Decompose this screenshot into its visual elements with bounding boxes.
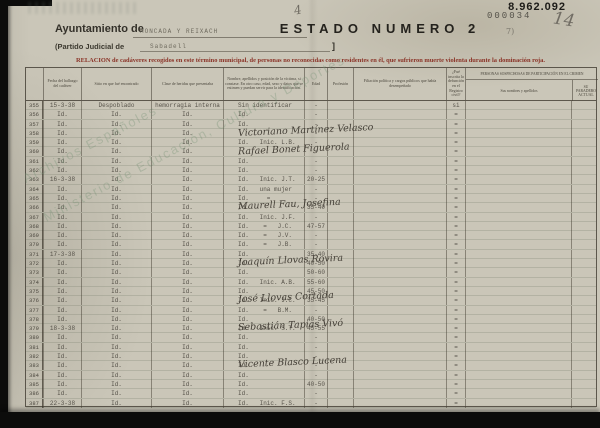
cell-sospechosas-nombres <box>465 138 571 147</box>
cell-profesion <box>327 194 353 203</box>
cell-nombre: Id. <box>223 361 304 370</box>
cell-row-number: 357 <box>26 120 43 129</box>
cell-clase-heridas: Id. <box>151 194 223 203</box>
cell-registro-civil: = <box>446 259 465 268</box>
table-row: 372Id.Id.Id.Id.40-50= <box>26 259 596 268</box>
cell-fecha: Id. <box>43 352 81 361</box>
cell-fecha: Id. <box>43 110 81 119</box>
cell-filiacion <box>353 380 446 389</box>
cell-paradero <box>571 101 598 110</box>
cell-row-number: 381 <box>26 343 43 352</box>
cell-paradero <box>571 231 598 240</box>
cell-row-number: 377 <box>26 306 43 315</box>
cell-fecha: Id. <box>43 343 81 352</box>
cell-row-number: 386 <box>26 389 43 398</box>
cell-sospechosas-nombres <box>465 361 571 370</box>
cell-paradero <box>571 157 598 166</box>
cell-registro-civil: = <box>446 324 465 333</box>
cell-nombre: Id. <box>223 343 304 352</box>
cell-profesion <box>327 250 353 259</box>
cell-edad: - <box>304 361 327 370</box>
cell-edad: - <box>304 194 327 203</box>
cell-registro-civil: = <box>446 222 465 231</box>
cell-fecha: Id. <box>43 333 81 342</box>
cell-sospechosas-nombres <box>465 147 571 156</box>
cell-nombre: Id. <box>223 287 304 296</box>
cell-sitio: Id. <box>81 343 151 352</box>
cell-clase-heridas: Id. <box>151 185 223 194</box>
cell-profesion <box>327 101 353 110</box>
table-row: 374Id.Id.Id.Id. Inic. A.B.55-60= <box>26 278 596 287</box>
cell-profesion <box>327 371 353 380</box>
cell-paradero <box>571 287 598 296</box>
cell-filiacion <box>353 371 446 380</box>
cell-nombre: Id. = <box>223 194 304 203</box>
cell-registro-civil: = <box>446 287 465 296</box>
cell-sospechosas-nombres <box>465 389 571 398</box>
cell-paradero <box>571 110 598 119</box>
cell-paradero <box>571 120 598 129</box>
cell-sitio: Id. <box>81 250 151 259</box>
cell-nombre: Id. = B.M. <box>223 306 304 315</box>
cell-edad: - <box>304 231 327 240</box>
cell-filiacion <box>353 352 446 361</box>
cell-registro-civil: = <box>446 203 465 212</box>
cell-filiacion <box>353 240 446 249</box>
cell-sospechosas-nombres <box>465 110 571 119</box>
cell-row-number: 355 <box>26 101 43 110</box>
cell-sitio: Id. <box>81 315 151 324</box>
table-row: 386Id.Id.Id.Id.-= <box>26 389 596 398</box>
cell-filiacion <box>353 333 446 342</box>
cell-edad: 55-60 <box>304 278 327 287</box>
cell-sitio: Id. <box>81 287 151 296</box>
cell-filiacion <box>353 213 446 222</box>
cell-sitio: Id. <box>81 296 151 305</box>
cell-filiacion <box>353 101 446 110</box>
cell-edad: - <box>304 166 327 175</box>
cell-clase-heridas: Id. <box>151 296 223 305</box>
column-group-sospechosas: PERSONAS SOSPECHOSAS DE PARTICIPACIÓN EN… <box>465 68 598 100</box>
cell-paradero <box>571 371 598 380</box>
cell-profesion <box>327 110 353 119</box>
table-row: 383Id.Id.Id.Id.-= <box>26 361 596 370</box>
cell-filiacion <box>353 278 446 287</box>
cell-paradero <box>571 213 598 222</box>
pencil-mark-right: 7) <box>506 27 514 36</box>
cell-sospechosas-nombres <box>465 240 571 249</box>
column-header-fecha: Fecha del hallazgo del cadáver <box>43 68 81 100</box>
cell-sitio: Id. <box>81 268 151 277</box>
cell-nombre: Id. <box>223 157 304 166</box>
cell-row-number: 374 <box>26 278 43 287</box>
cell-row-number: 370 <box>26 240 43 249</box>
cell-sospechosas-nombres <box>465 324 571 333</box>
cell-sospechosas-nombres <box>465 259 571 268</box>
cell-nombre: Id. <box>223 333 304 342</box>
cell-edad: - <box>304 371 327 380</box>
table-row: 37117-3-38Id.Id.Id.35-40= <box>26 250 596 259</box>
cell-fecha: Id. <box>43 296 81 305</box>
cell-profesion <box>327 185 353 194</box>
cell-sitio: Id. <box>81 361 151 370</box>
cell-nombre: Id. Inic. J.C. <box>223 296 304 305</box>
cell-clase-heridas: Id. <box>151 231 223 240</box>
cell-registro-civil: = <box>446 296 465 305</box>
cell-edad: 35-40 <box>304 250 327 259</box>
cell-fecha: Id. <box>43 287 81 296</box>
cell-paradero <box>571 250 598 259</box>
cell-profesion <box>327 166 353 175</box>
cell-sitio: Id. <box>81 306 151 315</box>
cell-paradero <box>571 352 598 361</box>
cell-row-number: 379 <box>26 324 43 333</box>
cell-paradero <box>571 324 598 333</box>
cell-registro-civil: = <box>446 175 465 184</box>
cell-edad: - <box>304 240 327 249</box>
column-header-number <box>26 68 43 100</box>
cell-filiacion <box>353 222 446 231</box>
table-row: 369Id.Id.Id.Id. = J.V.-= <box>26 231 596 240</box>
table-row: 376Id.Id.Id.Id. Inic. J.C.35-45= <box>26 296 596 305</box>
cell-sospechosas-nombres <box>465 175 571 184</box>
cell-filiacion <box>353 138 446 147</box>
cell-clase-heridas: Id. <box>151 361 223 370</box>
cell-row-number: 373 <box>26 268 43 277</box>
column-header-sospechosas-paradero: SU PARADERO ACTUAL <box>572 80 599 101</box>
cell-fecha: Id. <box>43 278 81 287</box>
cell-registro-civil: = <box>446 250 465 259</box>
cell-edad: - <box>304 389 327 398</box>
cell-sitio: Id. <box>81 240 151 249</box>
cell-fecha: Id. <box>43 259 81 268</box>
cell-filiacion <box>353 166 446 175</box>
cell-sospechosas-nombres <box>465 287 571 296</box>
cell-sospechosas-nombres <box>465 399 571 408</box>
cell-paradero <box>571 389 598 398</box>
cell-nombre <box>223 147 304 156</box>
cell-edad: - <box>304 120 327 129</box>
cell-registro-civil: = <box>446 213 465 222</box>
cell-clase-heridas: Id. <box>151 259 223 268</box>
cell-row-number: 372 <box>26 259 43 268</box>
table-row: 380Id.Id.Id.Id.-= <box>26 333 596 342</box>
municipality-label: Ayuntamiento de <box>55 23 144 35</box>
cell-profesion <box>327 352 353 361</box>
cell-sospechosas-nombres <box>465 166 571 175</box>
cell-filiacion <box>353 315 446 324</box>
column-header-sospechosas-nombres: Sus nombres y apellidos <box>466 80 572 101</box>
cell-sospechosas-nombres <box>465 120 571 129</box>
cell-edad: - <box>304 213 327 222</box>
cell-sospechosas-nombres <box>465 352 571 361</box>
cell-paradero <box>571 185 598 194</box>
cell-sospechosas-nombres <box>465 315 571 324</box>
cell-registro-civil: = <box>446 389 465 398</box>
cell-nombre: Id. = J.V. <box>223 231 304 240</box>
cell-nombre: Id. <box>223 371 304 380</box>
cell-fecha: Id. <box>43 306 81 315</box>
cell-registro-civil: = <box>446 129 465 138</box>
cell-row-number: 385 <box>26 380 43 389</box>
cell-registro-civil: = <box>446 380 465 389</box>
cell-filiacion <box>353 389 446 398</box>
cell-registro-civil: = <box>446 157 465 166</box>
cell-clase-heridas: Id. <box>151 213 223 222</box>
cell-nombre: Id. Inic. A.B. <box>223 278 304 287</box>
cell-profesion <box>327 129 353 138</box>
cell-fecha: Id. <box>43 389 81 398</box>
cell-profesion <box>327 389 353 398</box>
archive-stamp-number: 000034 <box>487 11 531 21</box>
cell-paradero <box>571 343 598 352</box>
cell-paradero <box>571 222 598 231</box>
cell-row-number: 382 <box>26 352 43 361</box>
cell-registro-civil: = <box>446 147 465 156</box>
cell-registro-civil: = <box>446 361 465 370</box>
cell-sitio: Id. <box>81 231 151 240</box>
table-row: 368Id.Id.Id.Id. = J.C.47-57= <box>26 222 596 231</box>
cell-edad: 45-55 <box>304 324 327 333</box>
municipality-value: MONCADA Y REIXACH <box>140 28 218 35</box>
cell-nombre: Id. = J.C. <box>223 222 304 231</box>
cell-clase-heridas: Id. <box>151 389 223 398</box>
column-header-sospechosas: PERSONAS SOSPECHOSAS DE PARTICIPACIÓN EN… <box>466 68 598 80</box>
cell-sitio: Id. <box>81 399 151 408</box>
cell-registro-civil: = <box>446 194 465 203</box>
cell-sospechosas-nombres <box>465 278 571 287</box>
scan-edge-left <box>0 0 8 428</box>
cell-edad: 45-50 <box>304 287 327 296</box>
cell-filiacion <box>353 157 446 166</box>
cell-sospechosas-nombres <box>465 343 571 352</box>
cell-paradero <box>571 333 598 342</box>
cell-fecha: Id. <box>43 240 81 249</box>
cell-registro-civil: = <box>446 138 465 147</box>
column-header-registro-civil: ¿Fué inscrita la defunción en el Registr… <box>446 68 465 100</box>
cell-sospechosas-nombres <box>465 268 571 277</box>
cell-profesion <box>327 296 353 305</box>
cell-fecha: 22-3-38 <box>43 399 81 408</box>
scanned-document-estado-numero-2: 8.962.092 000034 14 4 7) Ayuntamiento de… <box>0 0 600 428</box>
cell-fecha: Id. <box>43 315 81 324</box>
cell-profesion <box>327 120 353 129</box>
cell-nombre: Id. <box>223 389 304 398</box>
cell-registro-civil: = <box>446 268 465 277</box>
table-row: 378Id.Id.Id.Id.40-50= <box>26 315 596 324</box>
cell-paradero <box>571 259 598 268</box>
cell-clase-heridas: Id. <box>151 278 223 287</box>
table-row: 373Id.Id.Id.Id.50-60= <box>26 268 596 277</box>
cell-row-number: 387 <box>26 399 43 408</box>
cell-sospechosas-nombres <box>465 371 571 380</box>
cell-registro-civil: = <box>446 306 465 315</box>
cell-paradero <box>571 315 598 324</box>
cell-filiacion <box>353 175 446 184</box>
cell-sitio: Id. <box>81 333 151 342</box>
cell-sitio: Id. <box>81 352 151 361</box>
cell-profesion <box>327 278 353 287</box>
cell-fecha: Id. <box>43 361 81 370</box>
cell-filiacion <box>353 185 446 194</box>
cell-filiacion <box>353 306 446 315</box>
cell-clase-heridas: Id. <box>151 399 223 408</box>
cell-edad: - <box>304 333 327 342</box>
cell-paradero <box>571 129 598 138</box>
cell-sospechosas-nombres <box>465 157 571 166</box>
cell-row-number: 367 <box>26 213 43 222</box>
cell-filiacion <box>353 203 446 212</box>
cell-profesion <box>327 259 353 268</box>
cell-row-number: 378 <box>26 315 43 324</box>
cell-registro-civil: = <box>446 343 465 352</box>
cell-paradero <box>571 147 598 156</box>
cell-sitio: Id. <box>81 324 151 333</box>
cell-fecha: Id. <box>43 380 81 389</box>
cell-filiacion <box>353 120 446 129</box>
table-row: 37918-3-38Id.Id.Id. Inic. S.T.45-55= <box>26 324 596 333</box>
cell-nombre: Id. <box>223 259 304 268</box>
cell-sospechosas-nombres <box>465 250 571 259</box>
cell-profesion <box>327 203 353 212</box>
cell-clase-heridas: Id. <box>151 203 223 212</box>
cell-paradero <box>571 278 598 287</box>
cell-fecha: Id. <box>43 371 81 380</box>
cell-fecha: 17-3-38 <box>43 250 81 259</box>
cell-edad: - <box>304 157 327 166</box>
cell-filiacion <box>353 287 446 296</box>
table-row: 382Id.Id.Id.Id.-= <box>26 352 596 361</box>
cell-profesion <box>327 333 353 342</box>
cell-registro-civil: = <box>446 371 465 380</box>
cell-clase-heridas: Id. <box>151 287 223 296</box>
cell-sospechosas-nombres <box>465 185 571 194</box>
cell-sospechosas-nombres <box>465 222 571 231</box>
cell-filiacion <box>353 324 446 333</box>
cell-filiacion <box>353 343 446 352</box>
cell-clase-heridas: Id. <box>151 333 223 342</box>
cell-edad: - <box>304 138 327 147</box>
cell-sospechosas-nombres <box>465 380 571 389</box>
cell-edad: 40-50 <box>304 315 327 324</box>
table-row: 384Id.Id.Id.Id.-= <box>26 371 596 380</box>
cell-filiacion <box>353 399 446 408</box>
cell-sitio: Id. <box>81 389 151 398</box>
cell-registro-civil: = <box>446 110 465 119</box>
cell-profesion <box>327 268 353 277</box>
cell-filiacion <box>353 361 446 370</box>
cell-clase-heridas: Id. <box>151 306 223 315</box>
cell-edad: - <box>304 110 327 119</box>
cell-paradero <box>571 203 598 212</box>
cell-edad: 35-40 <box>304 203 327 212</box>
scan-edge-bottom <box>0 412 600 428</box>
cell-fecha: 18-3-38 <box>43 324 81 333</box>
cell-paradero <box>571 240 598 249</box>
cell-row-number: 375 <box>26 287 43 296</box>
cell-edad: - <box>304 306 327 315</box>
cell-sitio: Id. <box>81 222 151 231</box>
cell-paradero <box>571 175 598 184</box>
cell-edad: 50-60 <box>304 268 327 277</box>
cell-paradero <box>571 380 598 389</box>
cell-nombre: Id. <box>223 380 304 389</box>
cell-nombre: Id. Inic. J.T. <box>223 175 304 184</box>
cell-profesion <box>327 287 353 296</box>
cell-paradero <box>571 296 598 305</box>
cell-filiacion <box>353 129 446 138</box>
table-row: 375Id.Id.Id.Id.45-50= <box>26 287 596 296</box>
cell-nombre: Id. <box>223 315 304 324</box>
cell-row-number: 376 <box>26 296 43 305</box>
cell-profesion <box>327 175 353 184</box>
cell-sitio: Id. <box>81 278 151 287</box>
cell-filiacion <box>353 231 446 240</box>
cell-profesion <box>327 315 353 324</box>
cell-clase-heridas: Id. <box>151 343 223 352</box>
cell-paradero <box>571 166 598 175</box>
cell-nombre: Id. = J.B. <box>223 240 304 249</box>
cell-profesion <box>327 157 353 166</box>
cell-clase-heridas: Id. <box>151 250 223 259</box>
cell-clase-heridas: Id. <box>151 222 223 231</box>
cell-edad: 40-50 <box>304 380 327 389</box>
table-row: 377Id.Id.Id.Id. = B.M.-= <box>26 306 596 315</box>
cell-fecha: 15-3-38 <box>43 101 81 110</box>
cell-sospechosas-nombres <box>465 296 571 305</box>
cell-nombre: Id. <box>223 268 304 277</box>
cell-paradero <box>571 361 598 370</box>
cell-row-number: 368 <box>26 222 43 231</box>
cell-sospechosas-nombres <box>465 194 571 203</box>
cell-registro-civil: = <box>446 240 465 249</box>
cell-registro-civil: = <box>446 120 465 129</box>
cell-registro-civil: = <box>446 315 465 324</box>
cell-clase-heridas: Id. <box>151 352 223 361</box>
cell-paradero <box>571 138 598 147</box>
cell-nombre: Id. Inic. F.S. <box>223 399 304 408</box>
table-row: 381Id.Id.Id.Id.-= <box>26 343 596 352</box>
cell-sospechosas-nombres <box>465 213 571 222</box>
ink-bleed-through-mark <box>28 2 138 14</box>
cell-edad: 35-45 <box>304 296 327 305</box>
cell-nombre: Id. <box>223 203 304 212</box>
cell-row-number: 369 <box>26 231 43 240</box>
cell-filiacion <box>353 259 446 268</box>
cell-profesion <box>327 306 353 315</box>
cell-row-number: 383 <box>26 361 43 370</box>
cell-edad: - <box>304 399 327 408</box>
cell-filiacion <box>353 296 446 305</box>
cell-profesion <box>327 343 353 352</box>
judicial-district-value: Sabadell <box>150 43 187 50</box>
cell-registro-civil: = <box>446 185 465 194</box>
cell-filiacion <box>353 147 446 156</box>
cell-nombre: Id. Inic. J.F. <box>223 213 304 222</box>
cell-row-number: 356 <box>26 110 43 119</box>
cell-clase-heridas: Id. <box>151 324 223 333</box>
cell-fecha: Id. <box>43 268 81 277</box>
cell-edad: 47-57 <box>304 222 327 231</box>
pencil-page-number: 14 <box>552 8 577 31</box>
cell-edad: - <box>304 343 327 352</box>
cell-profesion <box>327 361 353 370</box>
judicial-district-label: (Partido Judicial de <box>55 42 124 51</box>
cell-edad: - <box>304 129 327 138</box>
cell-registro-civil: = <box>446 399 465 408</box>
cell-nombre: Id. una mujer <box>223 185 304 194</box>
cell-sospechosas-nombres <box>465 306 571 315</box>
